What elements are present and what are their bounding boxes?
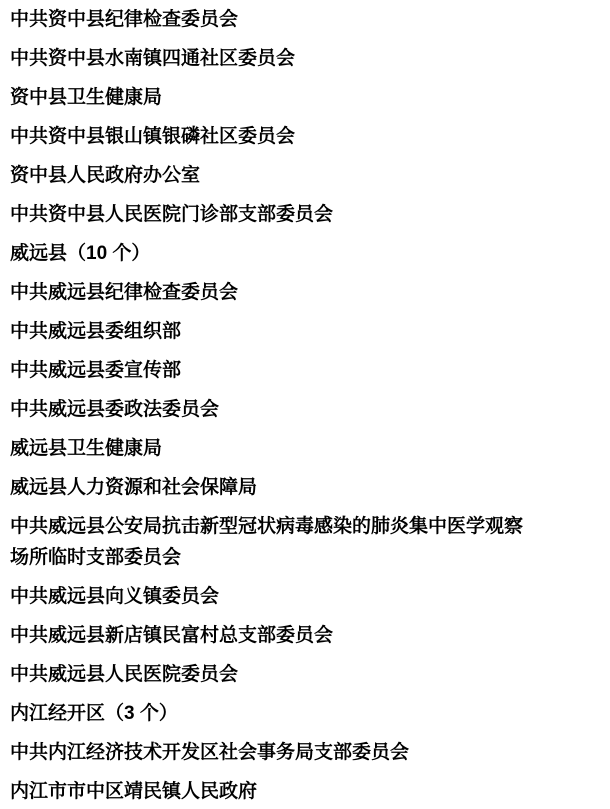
org-list-item: 威远县人力资源和社会保障局 — [10, 472, 540, 503]
document-body: 中共资中县纪律检查委员会中共资中县水南镇四通社区委员会资中县卫生健康局中共资中县… — [0, 0, 610, 807]
org-list-item: 威远县卫生健康局 — [10, 433, 540, 464]
org-list-item: 中共资中县人民医院门诊部支部委员会 — [10, 199, 540, 230]
org-list-item: 中共资中县银山镇银磷社区委员会 — [10, 121, 540, 152]
org-list-item: 中共威远县纪律检查委员会 — [10, 277, 540, 308]
section-header: 威远县（10 个） — [10, 238, 540, 269]
org-list: 中共资中县纪律检查委员会中共资中县水南镇四通社区委员会资中县卫生健康局中共资中县… — [10, 4, 610, 807]
org-list-item: 中共威远县委宣传部 — [10, 355, 540, 386]
org-list-item: 资中县卫生健康局 — [10, 82, 540, 113]
section-header: 内江经开区（3 个） — [10, 698, 540, 729]
org-list-item: 中共威远县向义镇委员会 — [10, 581, 540, 612]
org-list-item: 中共威远县委组织部 — [10, 316, 540, 347]
org-list-item: 内江市市中区靖民镇人民政府 — [10, 776, 540, 807]
org-list-item: 中共威远县公安局抗击新型冠状病毒感染的肺炎集中医学观察场所临时支部委员会 — [10, 511, 540, 573]
org-list-item: 资中县人民政府办公室 — [10, 160, 540, 191]
org-list-item: 中共威远县新店镇民富村总支部委员会 — [10, 620, 540, 651]
org-list-item: 中共资中县纪律检查委员会 — [10, 4, 540, 35]
org-list-item: 中共威远县人民医院委员会 — [10, 659, 540, 690]
org-list-item: 中共内江经济技术开发区社会事务局支部委员会 — [10, 737, 540, 768]
org-list-item: 中共威远县委政法委员会 — [10, 394, 540, 425]
org-list-item: 中共资中县水南镇四通社区委员会 — [10, 43, 540, 74]
